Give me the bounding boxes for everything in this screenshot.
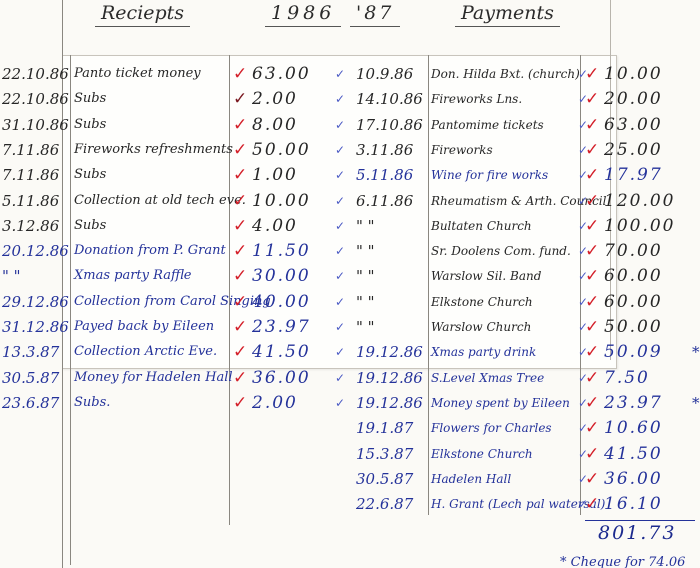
entry-date: 7.11.86 bbox=[2, 138, 59, 162]
entry-description: Fireworks bbox=[431, 138, 493, 162]
payments-header: Payments bbox=[455, 2, 560, 27]
entry-amount: 50.00 bbox=[604, 315, 663, 339]
entry-amount: 20.00 bbox=[604, 87, 663, 111]
secondary-checkmark-icon: ✓ bbox=[578, 163, 588, 187]
entry-amount: 50.09 bbox=[604, 340, 663, 364]
entry-description: Fireworks Lns. bbox=[431, 87, 522, 111]
secondary-checkmark-icon: ✓ bbox=[578, 214, 588, 238]
secondary-checkmark-icon: ✓ bbox=[578, 315, 588, 339]
entry-description: Payed back by Eileen bbox=[74, 315, 214, 339]
entry-date: 6.11.86 bbox=[356, 189, 413, 213]
footnote: * Cheque for 74.06 bbox=[560, 555, 685, 568]
secondary-checkmark-icon: ✓ bbox=[578, 290, 588, 314]
secondary-checkmark-icon: ✓ bbox=[335, 366, 345, 390]
entry-date: 22.10.86 bbox=[2, 87, 69, 111]
receipts-header: Reciepts bbox=[95, 2, 190, 27]
entry-amount: 70.00 bbox=[604, 239, 663, 263]
entry-date: 20.12.86 bbox=[2, 239, 69, 263]
secondary-checkmark-icon: ✓ bbox=[578, 340, 588, 364]
entry-description: Warslow Sil. Band bbox=[431, 264, 541, 288]
entry-amount: 41.50 bbox=[252, 340, 311, 364]
payments-total: 801.73 bbox=[598, 522, 676, 544]
secondary-checkmark-icon: ✓ bbox=[578, 366, 588, 390]
secondary-checkmark-icon: ✓ bbox=[578, 239, 588, 263]
checkmark-icon: ✓ bbox=[233, 366, 247, 390]
entry-amount: 120.00 bbox=[604, 189, 675, 213]
secondary-checkmark-icon: ✓ bbox=[335, 189, 345, 213]
entry-date: 29.12.86 bbox=[2, 290, 69, 314]
entry-date: 19.1.87 bbox=[356, 416, 413, 440]
secondary-checkmark-icon: ✓ bbox=[335, 113, 345, 137]
entry-amount: 100.00 bbox=[604, 214, 675, 238]
checkmark-icon: ✓ bbox=[233, 163, 247, 187]
secondary-checkmark-icon: ✓ bbox=[578, 264, 588, 288]
entry-description: Warslow Church bbox=[431, 315, 531, 339]
secondary-checkmark-icon: ✓ bbox=[578, 391, 588, 415]
entry-description: Collection Arctic Eve. bbox=[74, 340, 217, 364]
entry-description: Wine for fire works bbox=[431, 163, 548, 187]
entry-amount: 36.00 bbox=[604, 467, 663, 491]
entry-description: Hadelen Hall bbox=[431, 467, 511, 491]
entry-description: Subs bbox=[74, 87, 106, 111]
entry-date: 13.3.87 bbox=[2, 340, 59, 364]
entry-amount: 41.50 bbox=[604, 442, 663, 466]
secondary-checkmark-icon: ✓ bbox=[578, 442, 588, 466]
total-rule bbox=[585, 520, 695, 521]
entry-amount: 30.00 bbox=[252, 264, 311, 288]
entry-amount: 60.00 bbox=[604, 290, 663, 314]
entry-date: 19.12.86 bbox=[356, 366, 423, 390]
secondary-checkmark-icon: ✓ bbox=[335, 87, 345, 111]
entry-amount: 16.10 bbox=[604, 492, 663, 516]
checkmark-icon: ✓ bbox=[233, 138, 247, 162]
secondary-checkmark-icon: ✓ bbox=[335, 214, 345, 238]
entry-date: 19.12.86 bbox=[356, 391, 423, 415]
entry-date: 19.12.86 bbox=[356, 340, 423, 364]
entry-date: " " bbox=[356, 214, 375, 238]
entry-description: Collection at old tech eve. bbox=[74, 189, 246, 213]
entry-date: 5.11.86 bbox=[356, 163, 413, 187]
entry-date: 3.12.86 bbox=[2, 214, 59, 238]
secondary-checkmark-icon: ✓ bbox=[335, 290, 345, 314]
secondary-checkmark-icon: ✓ bbox=[578, 467, 588, 491]
checkmark-icon: ✓ bbox=[233, 315, 247, 339]
secondary-checkmark-icon: ✓ bbox=[335, 62, 345, 86]
entry-amount: 10.00 bbox=[252, 189, 311, 213]
entry-date: 5.11.86 bbox=[2, 189, 59, 213]
entry-description: Subs. bbox=[74, 391, 110, 415]
entry-amount: 40.00 bbox=[252, 290, 311, 314]
entry-description: Elkstone Church bbox=[431, 290, 533, 314]
entry-description: Panto ticket money bbox=[74, 62, 201, 86]
entry-description: Elkstone Church bbox=[431, 442, 533, 466]
entry-date: 14.10.86 bbox=[356, 87, 423, 111]
entry-description: Don. Hilda Bxt. (church) bbox=[431, 62, 580, 86]
entry-date: 30.5.87 bbox=[356, 467, 413, 491]
checkmark-icon: ✓ bbox=[233, 391, 247, 415]
entry-date: 30.5.87 bbox=[2, 366, 59, 390]
checkmark-icon: ✓ bbox=[233, 264, 247, 288]
entry-description: Fireworks refreshments bbox=[74, 138, 233, 162]
entry-amount: 17.97 bbox=[604, 163, 663, 187]
entry-description: Money spent by Eileen bbox=[431, 391, 570, 415]
entry-description: Subs bbox=[74, 214, 106, 238]
entry-description: Subs bbox=[74, 113, 106, 137]
secondary-checkmark-icon: ✓ bbox=[335, 391, 345, 415]
secondary-checkmark-icon: ✓ bbox=[335, 138, 345, 162]
entry-date: 22.6.87 bbox=[356, 492, 413, 516]
entry-description: Xmas party Raffle bbox=[74, 264, 191, 288]
entry-date: " " bbox=[356, 239, 375, 263]
entry-amount: 10.60 bbox=[604, 416, 663, 440]
entry-date: 23.6.87 bbox=[2, 391, 59, 415]
entry-description: Sr. Doolens Com. fund. bbox=[431, 239, 571, 263]
entry-date: 22.10.86 bbox=[2, 62, 69, 86]
entry-date: 31.12.86 bbox=[2, 315, 69, 339]
rule-desc-payments bbox=[428, 55, 429, 515]
asterisk-mark: * bbox=[692, 391, 700, 415]
entry-amount: 10.00 bbox=[604, 62, 663, 86]
entry-amount: 60.00 bbox=[604, 264, 663, 288]
checkmark-icon: ✓ bbox=[233, 87, 247, 111]
entry-amount: 1.00 bbox=[252, 163, 298, 187]
asterisk-mark: * bbox=[692, 340, 700, 364]
secondary-checkmark-icon: ✓ bbox=[578, 492, 588, 516]
secondary-checkmark-icon: ✓ bbox=[578, 138, 588, 162]
entry-description: Bultaten Church bbox=[431, 214, 532, 238]
secondary-checkmark-icon: ✓ bbox=[578, 62, 588, 86]
ledger-page: Reciepts 1986 '87 Payments 22.10.86Panto… bbox=[0, 0, 700, 568]
secondary-checkmark-icon: ✓ bbox=[335, 239, 345, 263]
checkmark-icon: ✓ bbox=[233, 113, 247, 137]
entry-date: " " bbox=[2, 264, 21, 288]
entry-amount: 7.50 bbox=[604, 366, 650, 390]
entry-amount: 23.97 bbox=[252, 315, 311, 339]
secondary-checkmark-icon: ✓ bbox=[578, 189, 588, 213]
entry-date: " " bbox=[356, 290, 375, 314]
entry-description: Flowers for Charles bbox=[431, 416, 552, 440]
entry-date: 10.9.86 bbox=[356, 62, 413, 86]
secondary-checkmark-icon: ✓ bbox=[578, 113, 588, 137]
secondary-checkmark-icon: ✓ bbox=[335, 163, 345, 187]
entry-description: Donation from P. Grant bbox=[74, 239, 226, 263]
secondary-checkmark-icon: ✓ bbox=[335, 315, 345, 339]
entry-description: S.Level Xmas Tree bbox=[431, 366, 544, 390]
entry-date: 15.3.87 bbox=[356, 442, 413, 466]
entry-amount: 23.97 bbox=[604, 391, 663, 415]
entry-amount: 36.00 bbox=[252, 366, 311, 390]
entry-description: Subs bbox=[74, 163, 106, 187]
secondary-checkmark-icon: ✓ bbox=[578, 416, 588, 440]
entry-description: Money for Hadelen Hall bbox=[74, 366, 233, 390]
entry-date: 31.10.86 bbox=[2, 113, 69, 137]
secondary-checkmark-icon: ✓ bbox=[335, 264, 345, 288]
entry-description: Xmas party drink bbox=[431, 340, 536, 364]
entry-date: 17.10.86 bbox=[356, 113, 423, 137]
entry-date: " " bbox=[356, 315, 375, 339]
checkmark-icon: ✓ bbox=[233, 62, 247, 86]
secondary-checkmark-icon: ✓ bbox=[335, 340, 345, 364]
secondary-checkmark-icon: ✓ bbox=[578, 87, 588, 111]
entry-amount: 2.00 bbox=[252, 391, 298, 415]
entry-date: 3.11.86 bbox=[356, 138, 413, 162]
entry-amount: 25.00 bbox=[604, 138, 663, 162]
entry-amount: 50.00 bbox=[252, 138, 311, 162]
checkmark-icon: ✓ bbox=[233, 189, 247, 213]
entry-amount: 63.00 bbox=[604, 113, 663, 137]
checkmark-icon: ✓ bbox=[233, 214, 247, 238]
entry-description: Pantomime tickets bbox=[431, 113, 544, 137]
year-header-a: 1986 bbox=[265, 2, 341, 27]
year-header-b: '87 bbox=[350, 2, 400, 27]
entry-date: 7.11.86 bbox=[2, 163, 59, 187]
rule-desc-receipts bbox=[70, 55, 71, 565]
entry-amount: 4.00 bbox=[252, 214, 298, 238]
checkmark-icon: ✓ bbox=[233, 290, 247, 314]
checkmark-icon: ✓ bbox=[233, 340, 247, 364]
entry-amount: 63.00 bbox=[252, 62, 311, 86]
entry-amount: 11.50 bbox=[252, 239, 311, 263]
entry-amount: 8.00 bbox=[252, 113, 298, 137]
entry-amount: 2.00 bbox=[252, 87, 298, 111]
checkmark-icon: ✓ bbox=[233, 239, 247, 263]
entry-date: " " bbox=[356, 264, 375, 288]
